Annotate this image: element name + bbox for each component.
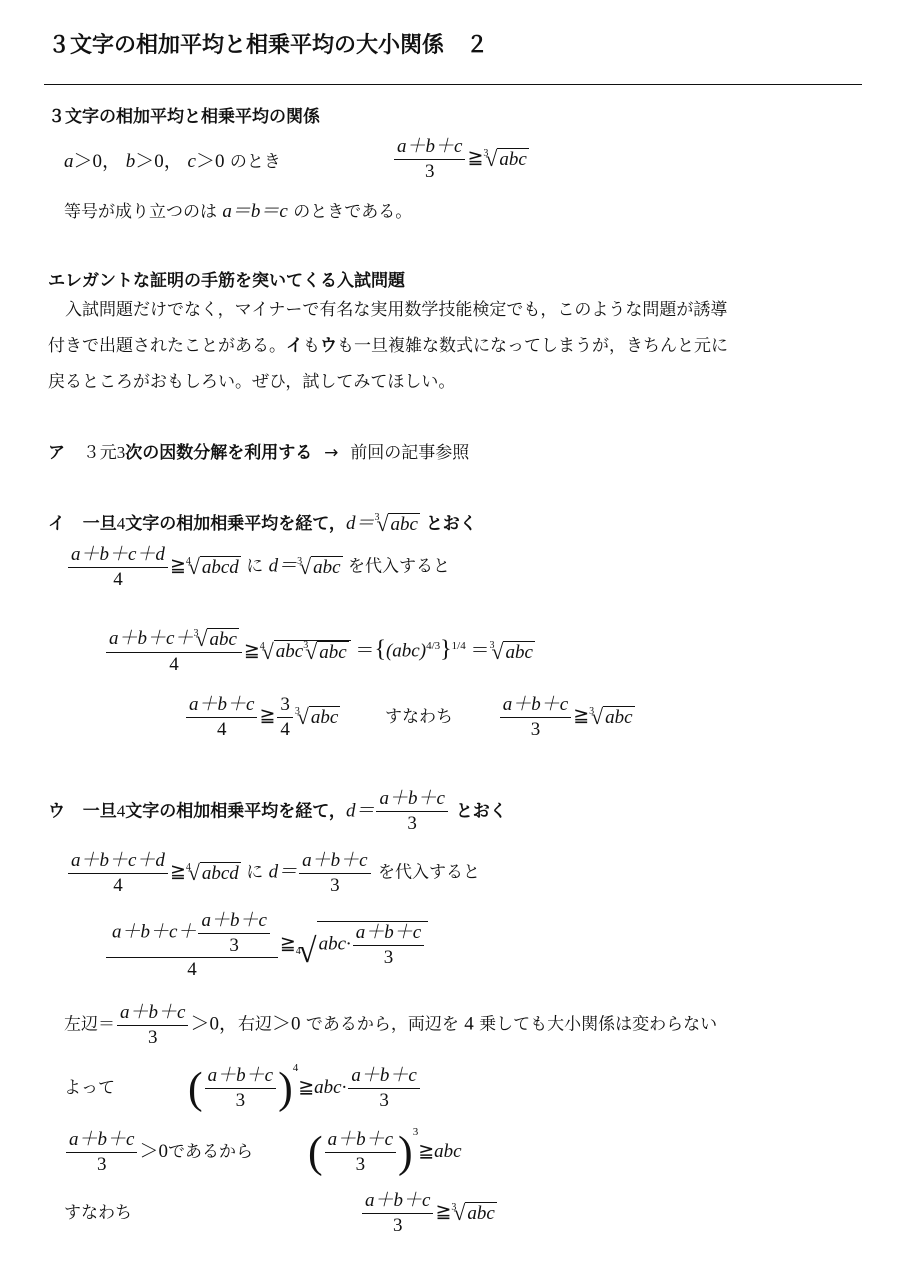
method-u-line6: すなわちa＋b＋c3≧3√abc	[64, 1190, 497, 1237]
method-i-heading: イ 一旦4文字の相加相乗平均を経て，d＝3√abc とおく	[48, 508, 477, 535]
method-u-line5: a＋b＋c3＞0 であるから(a＋b＋c3)3≧abc	[64, 1126, 462, 1176]
method-i-line1: a＋b＋c＋d4≧4√abcd に d＝3√abc を代入すると	[66, 544, 450, 591]
section-heading-am-gm: ３文字の相加平均と相乗平均の関係	[48, 102, 320, 127]
method-u-line2: a＋b＋c＋a＋b＋c34≧4√abc·a＋b＋c3	[104, 910, 428, 981]
equality-condition: 等号が成り立つのは a＝b＝c のときである。	[64, 196, 412, 223]
title-divider	[44, 84, 862, 85]
method-u-line1: a＋b＋c＋d4≧4√abcd に d＝a＋b＋c3 を代入すると	[66, 850, 480, 897]
intro-paragraph: 入試問題だけでなく，マイナーで有名な実用数学技能検定でも，このような問題が誘導 …	[48, 292, 868, 400]
page-title: ３文字の相加平均と相乗平均の大小関係 ２	[48, 28, 488, 59]
method-u-heading: ウ 一旦4文字の相加相乗平均を経て，d＝a＋b＋c3 とおく	[48, 788, 507, 835]
section-heading-exam: エレガントな証明の手筋を突いてくる入試問題	[48, 266, 405, 291]
method-u-line4: よって(a＋b＋c3)4≧abc·a＋b＋c3	[64, 1062, 422, 1112]
am-gm-inequality: a＋b＋c3≧3√abc	[392, 136, 529, 183]
condition-text: a＞0， b＞0， c＞0 のとき	[64, 146, 281, 173]
reference-link: 前回の記事参照	[350, 443, 469, 463]
method-i-line3: a＋b＋c4≧343√abc すなわち a＋b＋c3≧3√abc	[184, 694, 635, 741]
method-a-heading: ア ３元3次の因数分解を利用する → 前回の記事参照	[48, 438, 469, 463]
method-u-line3: 左辺＝a＋b＋c3＞0，右辺＞0 であるから，両辺を 4 乗しても大小関係は変わ…	[64, 1002, 717, 1049]
method-i-line2: a＋b＋c＋3√abc4≧4√abc3√abc ＝{(abc)4/3}1/4 ＝…	[104, 628, 535, 676]
